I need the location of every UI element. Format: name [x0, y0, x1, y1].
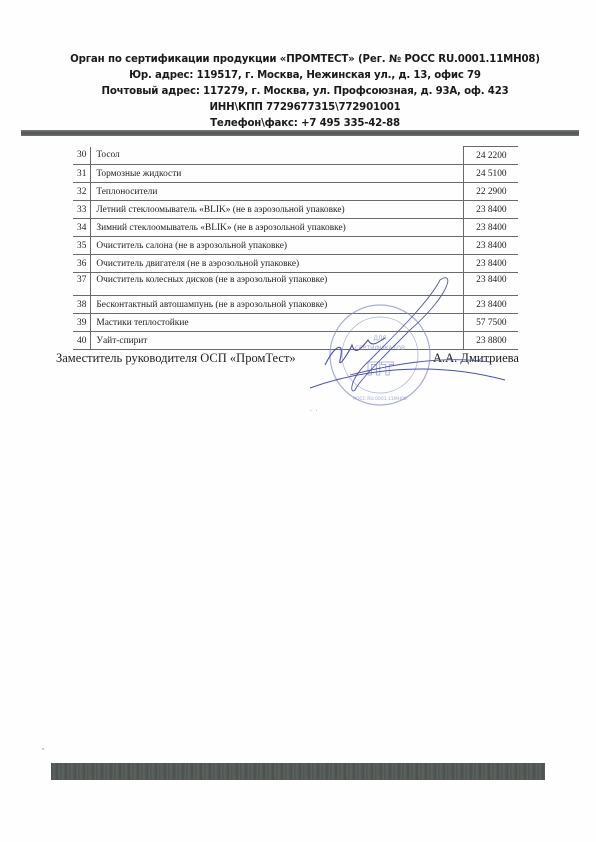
letterhead-legal-address: Юр. адрес: 119517, г. Москва, Нежинская … — [40, 68, 570, 84]
product-name: Зимний стеклоомыватель «BLIK» (не в аэро… — [91, 219, 464, 237]
row-number: 39 — [73, 314, 91, 332]
product-name: Теплоносители — [91, 183, 464, 201]
table-row: 35Очиститель салона (не в аэрозольной уп… — [73, 237, 518, 255]
table-row: 32Теплоносители22 2900 — [73, 183, 518, 201]
okp-code: 23 8400 — [464, 237, 519, 255]
letterhead-org-name: Орган по сертификации продукции «ПРОМТЕС… — [40, 52, 570, 68]
letterhead-inn-kpp: ИНН\КПП 7729677315\772901001 — [40, 100, 570, 116]
okp-code: 24 2200 — [464, 147, 519, 165]
row-number: 36 — [73, 255, 91, 273]
product-name: Тормозные жидкости — [91, 165, 464, 183]
footer-divider — [51, 763, 545, 780]
document-page: Орган по сертификации продукции «ПРОМТЕС… — [0, 0, 596, 842]
product-name: Летний стеклоомыватель «BLIK» (не в аэро… — [91, 201, 464, 219]
row-number: 32 — [73, 183, 91, 201]
table-row: 34Зимний стеклоомыватель «BLIK» (не в аэ… — [73, 219, 518, 237]
product-name: Очиститель салона (не в аэрозольной упак… — [91, 237, 464, 255]
row-number: 37 — [73, 273, 91, 296]
table-row: 30Тосол24 2200 — [73, 147, 518, 165]
okp-code: 22 2900 — [464, 183, 519, 201]
header-divider — [21, 130, 579, 136]
row-number: 40 — [73, 332, 91, 350]
scan-speck — [42, 748, 44, 750]
letterhead: Орган по сертификации продукции «ПРОМТЕС… — [40, 52, 570, 132]
row-number: 38 — [73, 296, 91, 314]
signatory-title: Заместитель руководителя ОСП «ПромТест» — [56, 351, 296, 366]
okp-code: 23 8400 — [464, 219, 519, 237]
row-number: 30 — [73, 147, 91, 165]
table-row: 33Летний стеклоомыватель «BLIK» (не в аэ… — [73, 201, 518, 219]
row-number: 34 — [73, 219, 91, 237]
table-row: 31Тормозные жидкости24 5100 — [73, 165, 518, 183]
scan-marks: · · — [310, 408, 318, 415]
signature-scribble-icon — [290, 270, 510, 410]
row-number: 33 — [73, 201, 91, 219]
letterhead-postal-address: Почтовый адрес: 117279, г. Москва, ул. П… — [40, 84, 570, 100]
product-name: Тосол — [91, 147, 464, 165]
row-number: 35 — [73, 237, 91, 255]
okp-code: 24 5100 — [464, 165, 519, 183]
row-number: 31 — [73, 165, 91, 183]
okp-code: 23 8400 — [464, 201, 519, 219]
